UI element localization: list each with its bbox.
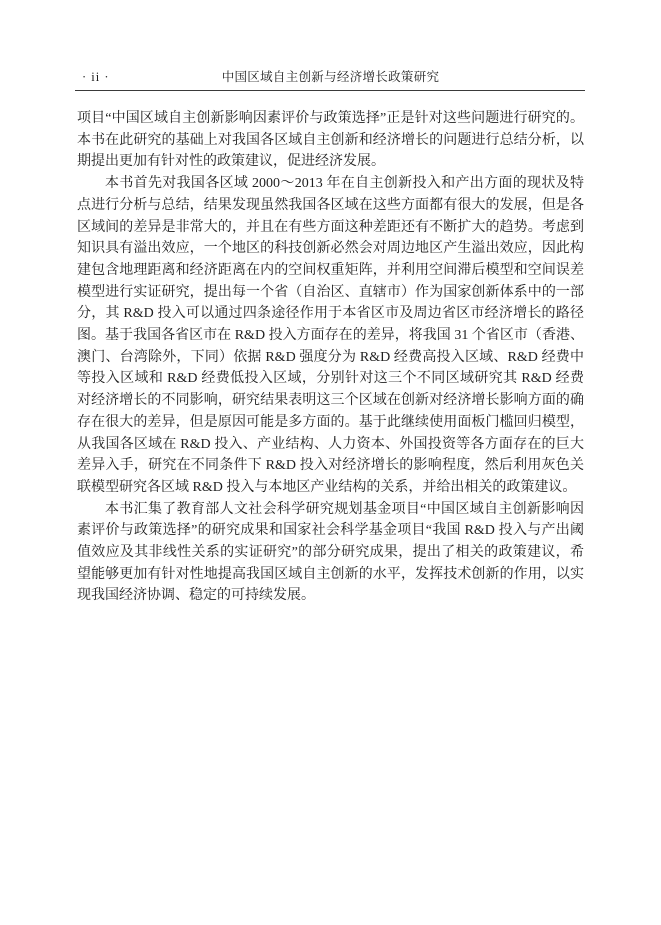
running-title: 中国区域自主创新与经济增长政策研究 <box>77 69 584 86</box>
page-header: · ii · 中国区域自主创新与经济增长政策研究 <box>77 69 584 87</box>
paragraph-summary: 本书首先对我国各区域 2000～2013 年在自主创新投入和产出方面的现状及特点… <box>77 173 584 499</box>
book-page: · ii · 中国区域自主创新与经济增长政策研究 项目“中国区域自主创新影响因素… <box>0 0 661 925</box>
page-number: · ii · <box>82 69 110 86</box>
header-rule <box>75 90 585 91</box>
page-body: 项目“中国区域自主创新影响因素评价与政策选择”正是针对这些问题进行研究的。本书在… <box>77 108 584 607</box>
paragraph-funding: 本书汇集了教育部人文社会科学研究规划基金项目“中国区域自主创新影响因素评价与政策… <box>77 499 584 608</box>
paragraph-continuation: 项目“中国区域自主创新影响因素评价与政策选择”正是针对这些问题进行研究的。本书在… <box>77 108 584 173</box>
